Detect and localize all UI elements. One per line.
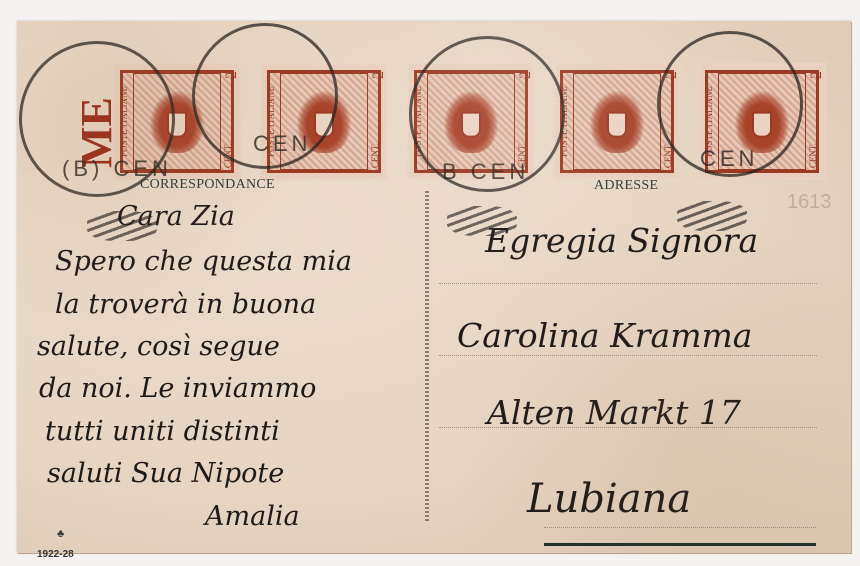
address-line-text: Carolina Kramma [457,316,752,355]
address-line [544,527,816,528]
printer-logo-icon: ♣ [57,529,67,539]
message-line: Spero che questa mia [55,246,352,277]
address-line-text: Alten Markt 17 [487,393,741,432]
pencil-note: 1613 [787,191,832,214]
address-underline [544,543,816,546]
postmark: CEN [192,23,338,169]
correspondance-heading: CORRESPONDANCE [140,177,275,193]
message-line: la troverà in buona [55,289,316,320]
center-divider [425,191,429,521]
address-line-text: Egregia Signora [485,221,758,260]
address-line [439,355,817,356]
postcard: ME POSTE ITALIANE 2 CENT. POSTE ITALIANE… [17,21,851,553]
message-line: saluti Sua Nipote [47,458,284,489]
signature: Amalia [205,501,300,532]
adresse-heading: ADRESSE [594,178,658,194]
address-line-text: Lubiana [527,476,691,522]
shield-icon [607,111,627,137]
message-line: da noi. Le inviammo [39,373,316,404]
message-line: Cara Zia [117,201,235,232]
print-code: 1922-28 [37,549,74,560]
address-line [439,283,817,284]
postmark: (B) CEN [19,41,175,197]
postmark: B CEN [409,36,565,192]
postmark: CEN [657,31,803,177]
message-line: salute, così segue [37,331,280,362]
message-line: tutti uniti distinti [45,416,280,447]
